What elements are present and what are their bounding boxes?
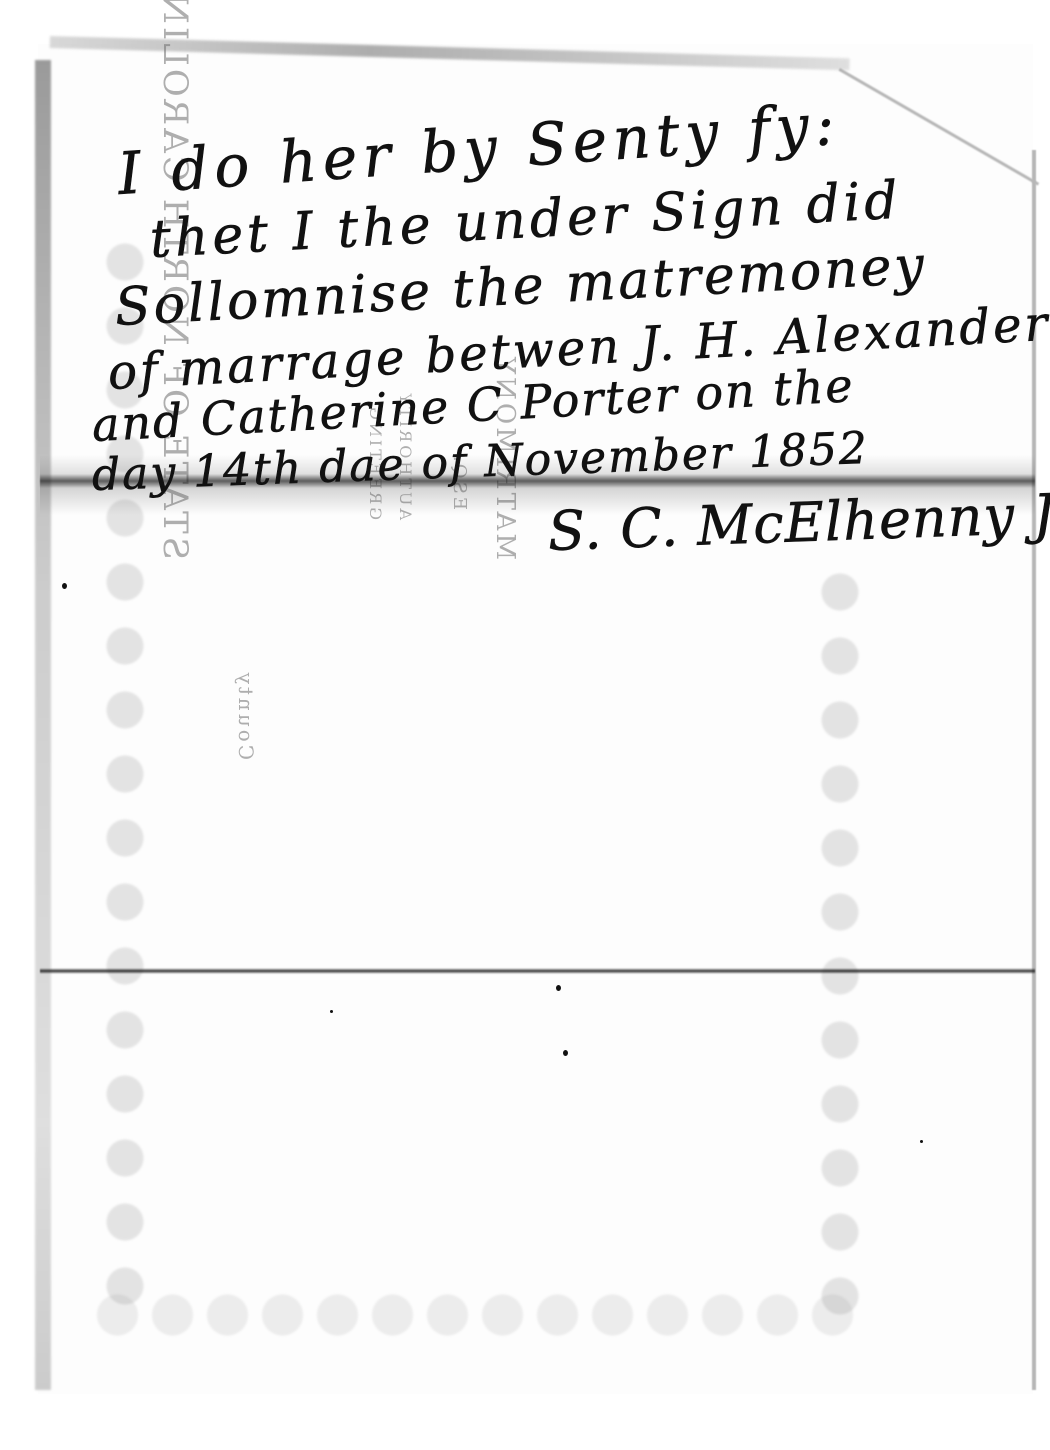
signature: S. C. McElhenny J.P. (547, 480, 1050, 563)
bleed-through-ornament-border-bottom (90, 1285, 860, 1345)
handwritten-text-block: I do her by Senty fy: thet I the under S… (0, 0, 1050, 700)
fold-line-lower (40, 968, 1035, 974)
